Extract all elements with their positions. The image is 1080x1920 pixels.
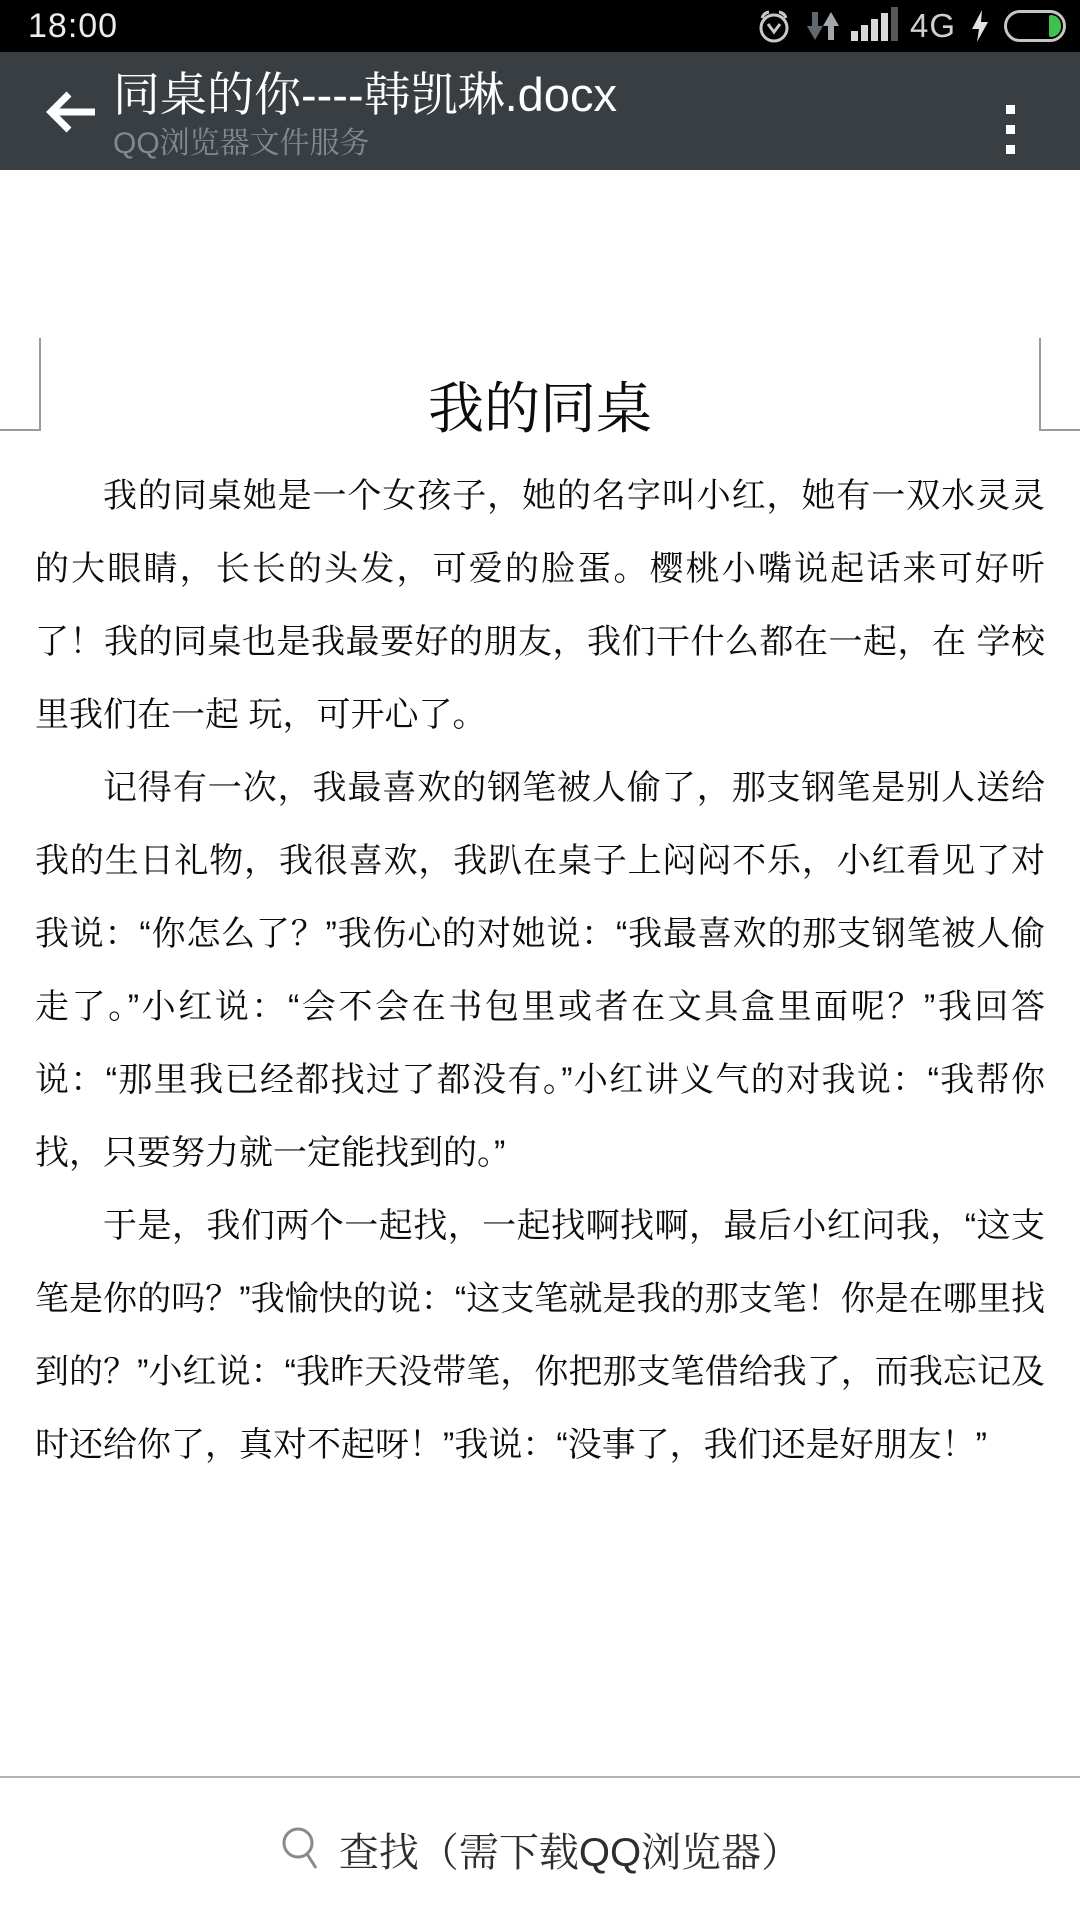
- charging-bolt-icon: [968, 8, 992, 44]
- file-title: 同桌的你----韩凯琳.docx: [113, 66, 960, 124]
- clock-time: 18:00: [28, 0, 118, 52]
- document-paragraph: 于是，我们两个一起找，一起找啊找啊，最后小红问我，“这支笔是你的吗？”我愉快的说…: [35, 1190, 1045, 1482]
- document-paragraph: 记得有一次，我最喜欢的钢笔被人偷了，那支钢笔是别人送给我的生日礼物，我很喜欢，我…: [35, 752, 1045, 1190]
- find-label: 查找（需下载QQ浏览器）: [339, 1821, 801, 1878]
- menu-dot: [1006, 105, 1015, 114]
- back-button[interactable]: [30, 76, 110, 148]
- battery-icon: [1004, 10, 1066, 42]
- app-header: 同桌的你----韩凯琳.docx QQ浏览器文件服务: [0, 52, 1080, 170]
- service-subtitle: QQ浏览器文件服务: [113, 126, 960, 162]
- network-type-label: 4G: [910, 7, 956, 45]
- overflow-menu-button[interactable]: [986, 96, 1034, 162]
- document-title: 我的同桌: [0, 378, 1080, 440]
- menu-dot: [1006, 145, 1015, 154]
- back-arrow-icon: [39, 82, 101, 142]
- header-titles: 同桌的你----韩凯琳.docx QQ浏览器文件服务: [113, 66, 960, 162]
- document-viewport[interactable]: 我的同桌 我的同桌她是一个女孩子，她的名字叫小红，她有一双水灵灵的大眼睛，长长的…: [0, 170, 1080, 1776]
- alarm-icon: [755, 6, 793, 46]
- menu-dot: [1006, 125, 1015, 134]
- search-icon: [279, 1826, 323, 1872]
- network-activity-icon: [805, 7, 839, 45]
- document-body: 我的同桌她是一个女孩子，她的名字叫小红，她有一双水灵灵的大眼睛，长长的头发，可爱…: [35, 460, 1045, 1482]
- status-bar: 18:00 4G: [0, 0, 1080, 52]
- find-in-document-bar[interactable]: 查找（需下载QQ浏览器）: [0, 1776, 1080, 1920]
- document-paragraph: 我的同桌她是一个女孩子，她的名字叫小红，她有一双水灵灵的大眼睛，长长的头发，可爱…: [35, 460, 1045, 752]
- signal-strength-icon: [851, 5, 898, 47]
- status-icons: 4G: [755, 0, 1066, 52]
